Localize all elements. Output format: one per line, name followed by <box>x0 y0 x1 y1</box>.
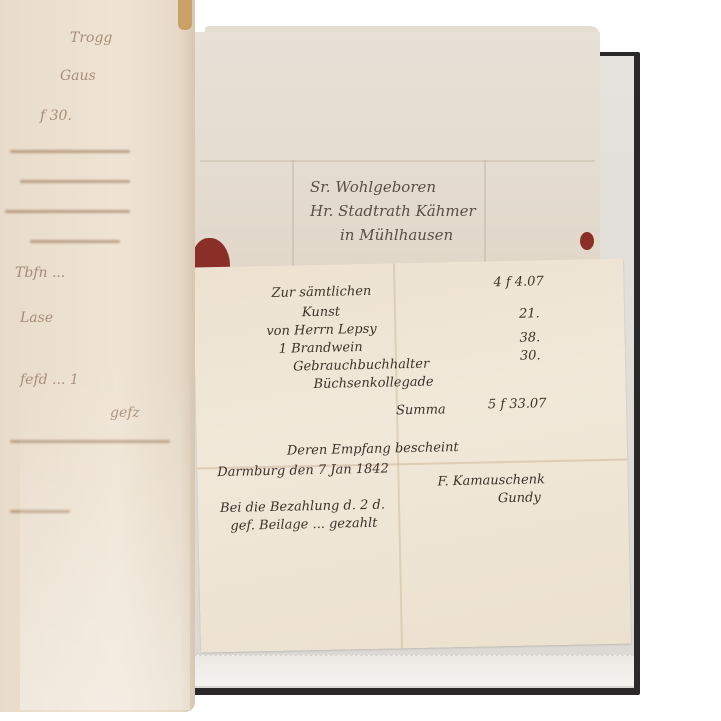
receipt-note: gef. Beilage ... gezahlt <box>230 516 377 534</box>
address-line: Sr. Wohlgeboren <box>310 175 476 199</box>
receipt-item: 1 Brandwein <box>279 340 363 357</box>
sleeve-reflection <box>20 360 190 710</box>
faded-stroke <box>5 210 130 213</box>
receipt-item: Zur sämtlichen <box>271 284 371 301</box>
receipt-amount: 4 f 4.07 <box>493 274 544 290</box>
address-line: in Mühlhausen <box>310 223 476 247</box>
receipt-signature: F. Kamauschenk <box>437 472 545 489</box>
sleeve-edge <box>194 655 634 686</box>
photo-scene: Sr. Wohlgeboren Hr. Stadtrath Kähmer in … <box>0 0 721 721</box>
faded-text: Gaus <box>60 68 96 84</box>
receipt-total-label: Summa <box>396 402 446 418</box>
address-line: Hr. Stadtrath Kähmer <box>310 199 476 223</box>
faded-text: Tbfn ... <box>15 265 65 281</box>
receipt-total: 5 f 33.07 <box>488 396 547 412</box>
receipt-amount: 30. <box>520 348 541 363</box>
faded-stroke <box>30 240 120 243</box>
faded-text: f 30. <box>40 108 72 124</box>
receipt-item: Gebrauchbuchhalter <box>293 357 429 375</box>
receipt-note: Bei die Bezahlung d. 2 d. <box>220 498 385 516</box>
envelope-fold <box>200 160 595 162</box>
faded-stroke <box>10 150 130 153</box>
receipt-amount: 38. <box>519 330 540 345</box>
wax-seal-icon <box>580 232 594 250</box>
faded-stroke <box>20 180 130 183</box>
receipt-item: von Herrn Lepsy <box>266 322 377 339</box>
receipt-item: Kunst <box>302 304 340 320</box>
faded-text: Trogg <box>70 30 112 46</box>
receipt-item: Büchsenkollegade <box>313 375 433 393</box>
left-page: Trogg Gaus f 30. Tbfn ... Lase fefd ... … <box>0 0 195 712</box>
receipt-signature: Gundy <box>498 490 541 506</box>
faded-text: Lase <box>20 310 53 326</box>
receipt-amount: 21. <box>519 306 540 321</box>
envelope-fold <box>484 160 486 270</box>
receipt-closing: Deren Empfang bescheint <box>287 440 459 459</box>
page-tab <box>178 0 192 30</box>
envelope-address: Sr. Wohlgeboren Hr. Stadtrath Kähmer in … <box>310 175 476 247</box>
receipt-document: Zur sämtlichen 4 f 4.07 Kunst von Herrn … <box>193 259 631 653</box>
envelope-fold <box>292 160 294 270</box>
receipt-place-date: Darmburg den 7 Jan 1842 <box>217 461 389 480</box>
